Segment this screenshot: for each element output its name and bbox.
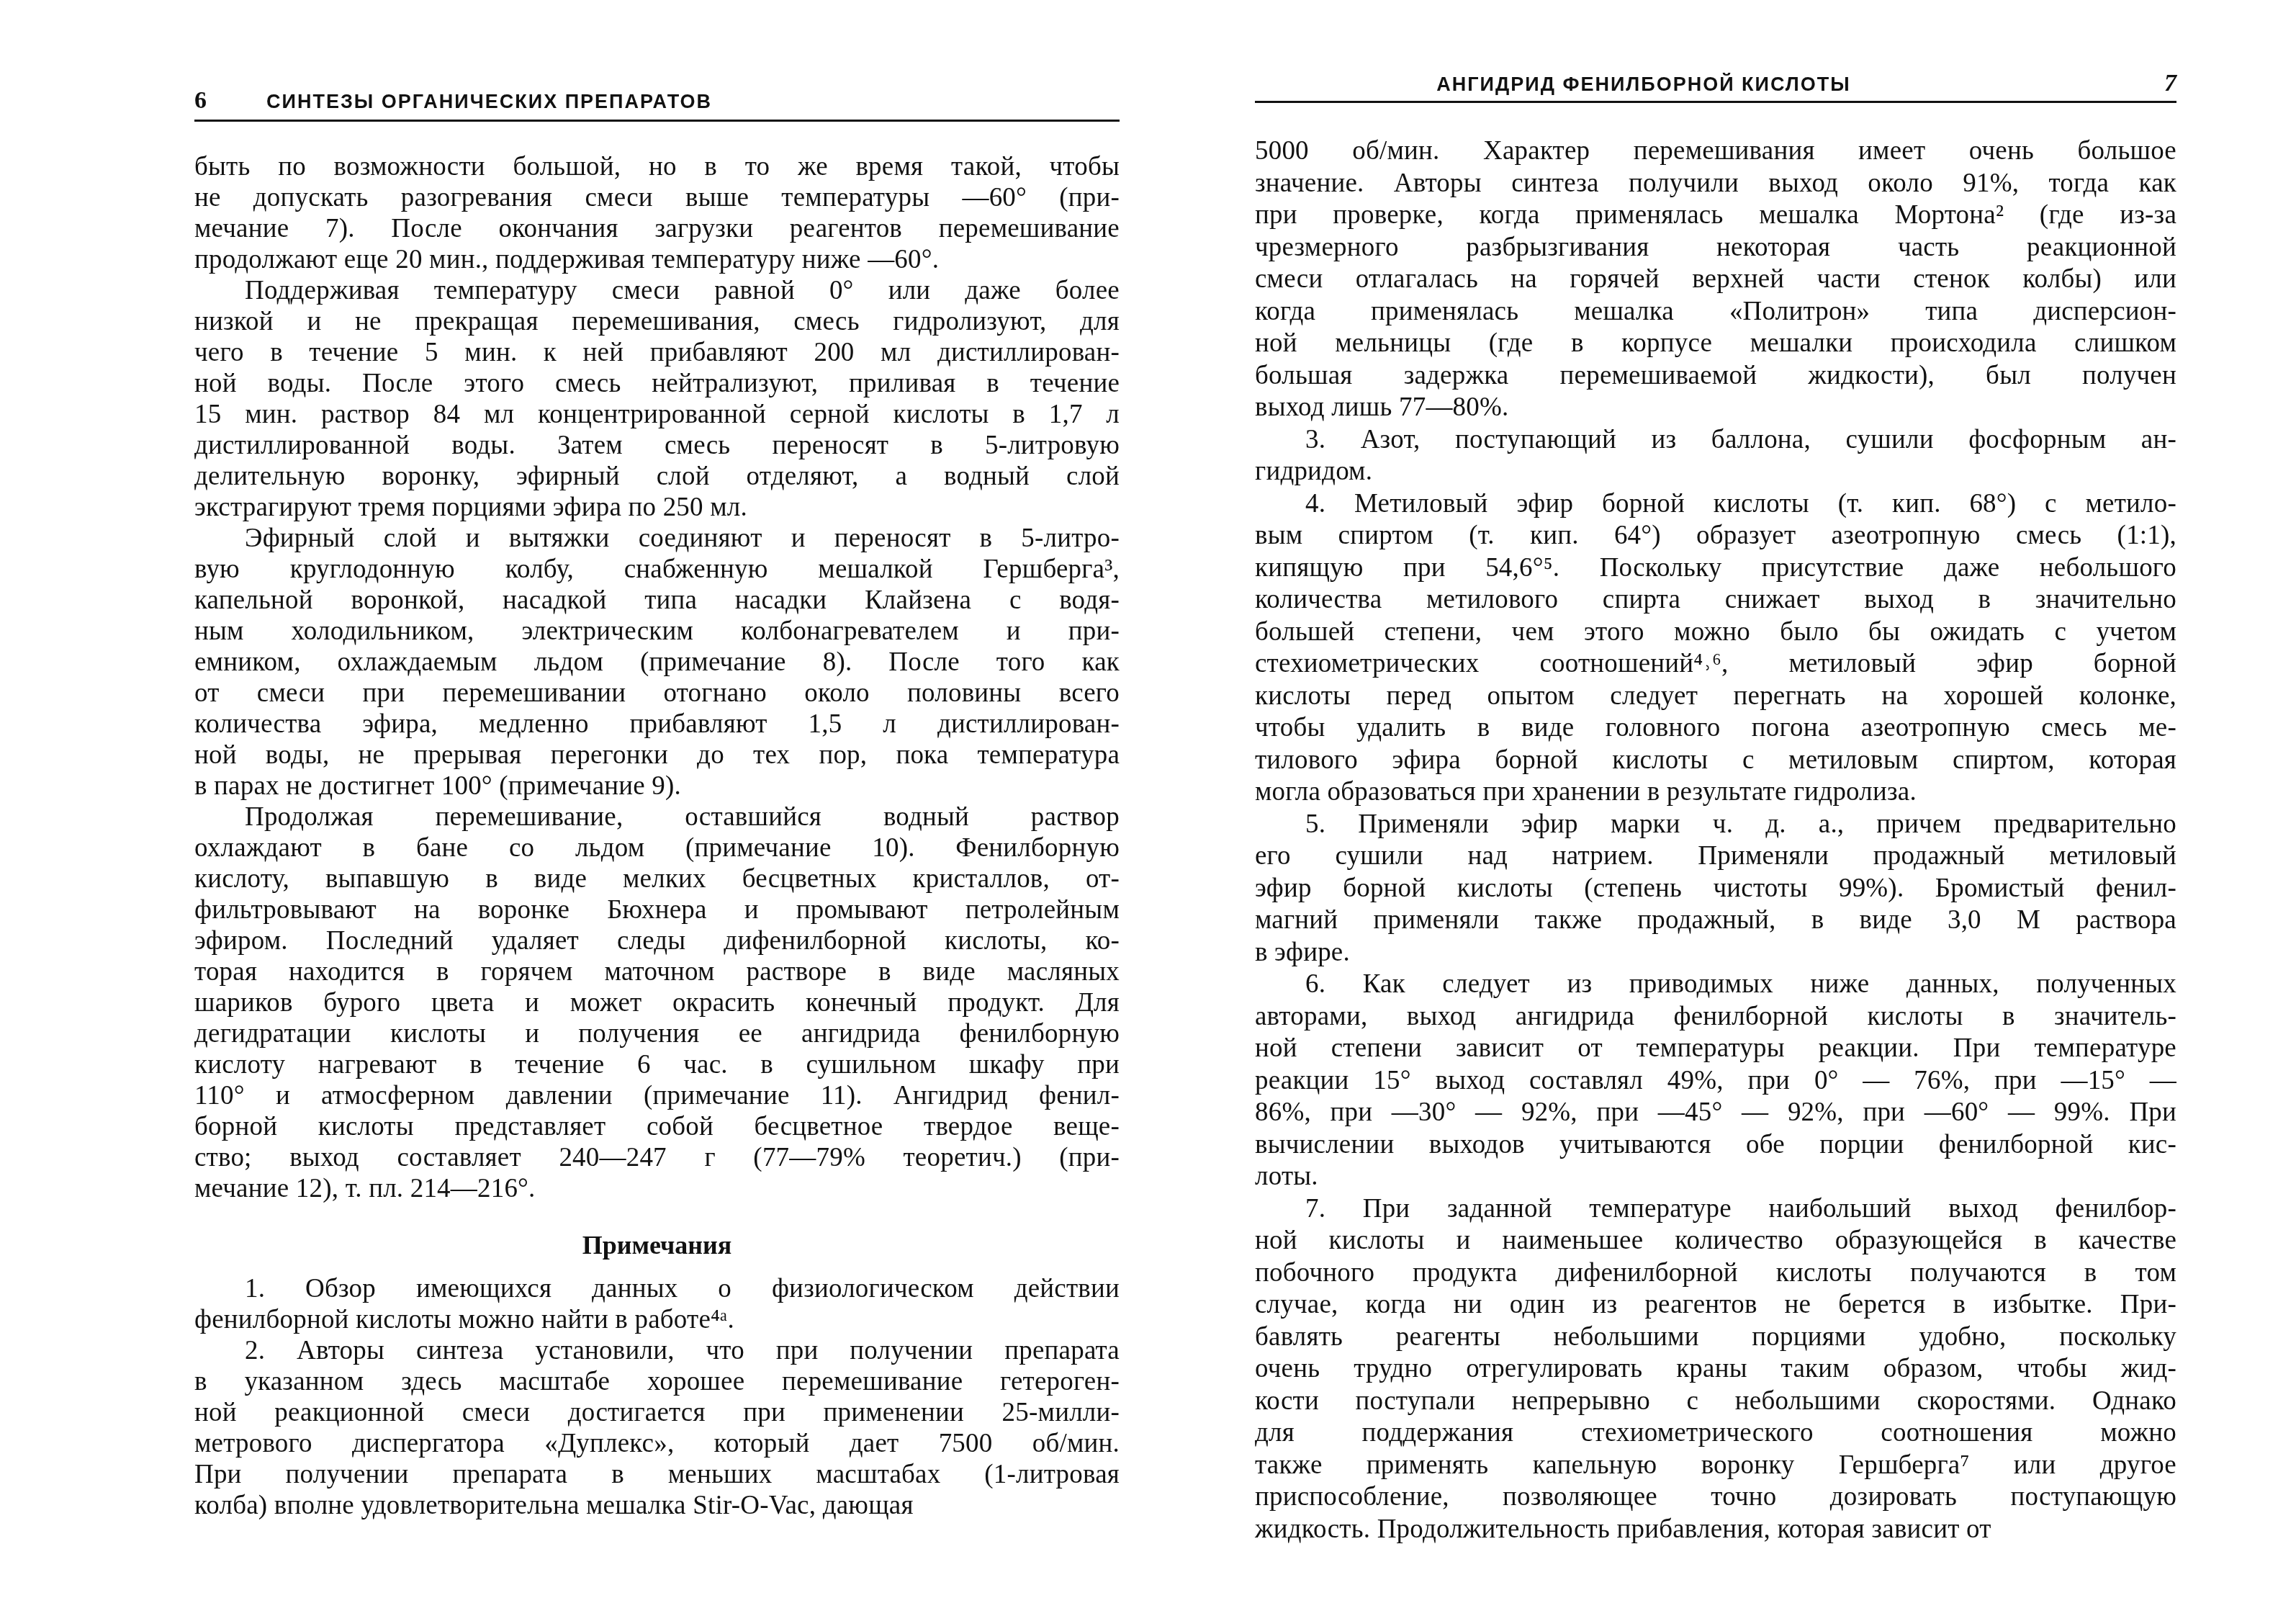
text-line: бавлять реагенты небольшими порциями удо… xyxy=(1255,1321,2176,1354)
paragraph: 3. Азот, поступающий из баллона, сушили … xyxy=(1255,424,2176,488)
text-line: кислоту, выпавшую в виде мелких бесцветн… xyxy=(194,863,1120,894)
text-line: дегидратации кислоты и получения ее анги… xyxy=(194,1018,1120,1049)
text-line: тилового эфира борной кислоты с метиловы… xyxy=(1255,745,2176,777)
text-line: могла образоваться при хранении в резуль… xyxy=(1255,776,2176,809)
text-line: кислоту нагревают в течение 6 час. в суш… xyxy=(194,1049,1120,1080)
text-line: выход лишь 77—80%. xyxy=(1255,392,2176,424)
text-line: ной мельницы (где в корпусе мешалки прои… xyxy=(1255,328,2176,360)
header-rule-right xyxy=(1255,101,2176,103)
right-page-body: 5000 об/мин. Характер перемешивания имее… xyxy=(1255,135,2176,1545)
text-line: побочного продукта дифенилборной кислоты… xyxy=(1255,1257,2176,1290)
text-line: лоты. xyxy=(1255,1161,2176,1193)
left-page-body: быть по возможности большой, но в то же … xyxy=(194,151,1120,1521)
text-line: в эфире. xyxy=(1255,937,2176,969)
text-line: 86%, при —30° — 92%, при —45° — 92%, при… xyxy=(1255,1097,2176,1129)
text-line: также применять капельную воронку Гершбе… xyxy=(1255,1450,2176,1482)
paragraph: 1. Обзор имеющихся данных о физиологичес… xyxy=(194,1273,1120,1335)
text-line: авторами, выход ангидрида фенилборной ки… xyxy=(1255,1001,2176,1033)
paragraph: 7. При заданной температуре наибольший в… xyxy=(1255,1193,2176,1546)
paragraph: Поддерживая температуру смеси равной 0° … xyxy=(194,275,1120,523)
main-text: быть по возможности большой, но в то же … xyxy=(194,151,1120,1204)
text-line: дистиллированной воды. Затем смесь перен… xyxy=(194,430,1120,461)
text-line: 3. Азот, поступающий из баллона, сушили … xyxy=(1255,424,2176,457)
text-line: ной воды, не прерывая перегонки до тех п… xyxy=(194,740,1120,771)
running-head-title-left: СИНТЕЗЫ ОРГАНИЧЕСКИХ ПРЕПАРАТОВ xyxy=(238,91,1033,112)
text-line: от смеси при перемешивании отогнано окол… xyxy=(194,678,1120,709)
running-head-title-right: АНГИДРИД ФЕНИЛБОРНОЙ КИСЛОТЫ xyxy=(1255,73,2032,95)
header-rule-left xyxy=(194,120,1120,122)
text-line: количества метилового спирта снижает вых… xyxy=(1255,584,2176,616)
text-line: 6. Как следует из приводимых ниже данных… xyxy=(1255,969,2176,1001)
text-line: вую круглодонную колбу, снабженную мешал… xyxy=(194,554,1120,585)
paragraph: Продолжая перемешивание, оставшийся водн… xyxy=(194,802,1120,1204)
text-line: колба) вполне удовлетворительна мешалка … xyxy=(194,1490,1120,1521)
notes-heading: Примечания xyxy=(194,1223,1120,1267)
text-line: ным холодильником, электрическим колбона… xyxy=(194,616,1120,647)
text-line: вычислении выходов учитываются обе порци… xyxy=(1255,1129,2176,1162)
page-number-right: 7 xyxy=(2164,71,2176,96)
text-line: мечание 12), т. пл. 214—216°. xyxy=(194,1173,1120,1204)
text-line: большая задержка перемешиваемой жидкости… xyxy=(1255,360,2176,392)
page-number-left: 6 xyxy=(194,88,207,114)
text-line: мечание 7). После окончания загрузки реа… xyxy=(194,213,1120,244)
text-line: кости поступали непрерывно с небольшими … xyxy=(1255,1386,2176,1418)
text-line: торая находится в горячем маточном раств… xyxy=(194,956,1120,987)
text-line: в указанном здесь масштабе хорошее перем… xyxy=(194,1366,1120,1397)
text-line: 1. Обзор имеющихся данных о физиологичес… xyxy=(194,1273,1120,1304)
text-line: при проверке, когда применялась мешалка … xyxy=(1255,199,2176,232)
text-line: низкой и не прекращая перемешивания, сме… xyxy=(194,306,1120,337)
paragraph: быть по возможности большой, но в то же … xyxy=(194,151,1120,275)
text-line: борной кислоты представляет собой бесцве… xyxy=(194,1111,1120,1142)
text-line: Поддерживая температуру смеси равной 0° … xyxy=(194,275,1120,306)
text-line: 5. Применяли эфир марки ч. д. а., причем… xyxy=(1255,809,2176,841)
paragraph: 5000 об/мин. Характер перемешивания имее… xyxy=(1255,135,2176,424)
text-line: значение. Авторы синтеза получили выход … xyxy=(1255,168,2176,200)
text-line: эфир борной кислоты (степень чистоты 99%… xyxy=(1255,873,2176,905)
text-line: в парах не достигнет 100° (примечание 9)… xyxy=(194,771,1120,802)
text-line: большей степени, чем этого можно было бы… xyxy=(1255,616,2176,649)
text-line: случае, когда ни один из реагентов не бе… xyxy=(1255,1289,2176,1321)
text-line: гидридом. xyxy=(1255,456,2176,488)
text-line: не допускать разогревания смеси выше тем… xyxy=(194,182,1120,213)
text-line: ной кислоты и наименьшее количество обра… xyxy=(1255,1225,2176,1257)
text-line: Продолжая перемешивание, оставшийся водн… xyxy=(194,802,1120,832)
text-line: продолжают еще 20 мин., поддерживая темп… xyxy=(194,244,1120,275)
paragraph: Эфирный слой и вытяжки соединяют и перен… xyxy=(194,523,1120,802)
text-line: При получении препарата в меньших масшта… xyxy=(194,1459,1120,1490)
running-head-left: 6 СИНТЕЗЫ ОРГАНИЧЕСКИХ ПРЕПАРАТОВ xyxy=(194,88,1120,117)
text-line: кислоты перед опытом следует перегнать н… xyxy=(1255,681,2176,713)
text-line: экстрагируют тремя порциями эфира по 250… xyxy=(194,492,1120,523)
text-line: его сушили над натрием. Применяли продаж… xyxy=(1255,840,2176,873)
text-line: чего в течение 5 мин. к ней прибавляют 2… xyxy=(194,337,1120,368)
text-line: ной реакционной смеси достигается при пр… xyxy=(194,1397,1120,1428)
paragraph: 4. Метиловый эфир борной кислоты (т. кип… xyxy=(1255,488,2176,809)
text-line: для поддержания стехиометрического соотн… xyxy=(1255,1417,2176,1450)
text-line: 2. Авторы синтеза установили, что при по… xyxy=(194,1335,1120,1366)
text-line: 110° и атмосферном давлении (примечание … xyxy=(194,1080,1120,1111)
text-line: ство; выход составляет 240—247 г (77—79%… xyxy=(194,1142,1120,1173)
paragraph: 2. Авторы синтеза установили, что при по… xyxy=(194,1335,1120,1521)
text-line: 4. Метиловый эфир борной кислоты (т. кип… xyxy=(1255,488,2176,521)
text-line: магний применяли также продажный, в виде… xyxy=(1255,904,2176,937)
text-line: кипящую при 54,6°⁵. Поскольку присутстви… xyxy=(1255,552,2176,585)
text-line: вым спиртом (т. кип. 64°) образует азеот… xyxy=(1255,520,2176,552)
text-line: метрового диспергатора «Дуплекс», которы… xyxy=(194,1428,1120,1459)
text-line: фенилборной кислоты можно найти в работе… xyxy=(194,1304,1120,1335)
text-line: фильтровывают на воронке Бюхнера и промы… xyxy=(194,894,1120,925)
text-line: реакции 15° выход составлял 49%, при 0° … xyxy=(1255,1065,2176,1097)
running-head-right: АНГИДРИД ФЕНИЛБОРНОЙ КИСЛОТЫ 7 xyxy=(1255,71,2176,99)
notes-list: 1. Обзор имеющихся данных о физиологичес… xyxy=(194,1273,1120,1521)
text-line: емником, охлаждаемым льдом (примечание 8… xyxy=(194,647,1120,678)
text-line: чтобы удалить в виде головного погона аз… xyxy=(1255,712,2176,745)
text-line: очень трудно отрегулировать краны таким … xyxy=(1255,1353,2176,1386)
text-line: стехиометрических соотношений⁴˒⁶, метило… xyxy=(1255,648,2176,681)
text-line: быть по возможности большой, но в то же … xyxy=(194,151,1120,182)
text-line: охлаждают в бане со льдом (примечание 10… xyxy=(194,832,1120,863)
text-line: количества эфира, медленно прибавляют 1,… xyxy=(194,709,1120,740)
paragraph: 5. Применяли эфир марки ч. д. а., причем… xyxy=(1255,809,2176,969)
text-line: 7. При заданной температуре наибольший в… xyxy=(1255,1193,2176,1226)
text-line: смеси отлагалась на горячей верхней част… xyxy=(1255,264,2176,296)
text-line: ной степени зависит от температуры реакц… xyxy=(1255,1033,2176,1065)
notes-continued: 5000 об/мин. Характер перемешивания имее… xyxy=(1255,135,2176,1545)
text-line: 5000 об/мин. Характер перемешивания имее… xyxy=(1255,135,2176,168)
text-line: капельной воронкой, насадкой типа насадк… xyxy=(194,585,1120,616)
text-line: 15 мин. раствор 84 мл концентрированной … xyxy=(194,399,1120,430)
text-line: Эфирный слой и вытяжки соединяют и перен… xyxy=(194,523,1120,554)
text-line: делительную воронку, эфирный слой отделя… xyxy=(194,461,1120,492)
paragraph: 6. Как следует из приводимых ниже данных… xyxy=(1255,969,2176,1193)
text-line: чрезмерного разбрызгивания некоторая час… xyxy=(1255,232,2176,264)
text-line: эфиром. Последний удаляет следы дифенилб… xyxy=(194,925,1120,956)
text-line: ной воды. После этого смесь нейтрализуют… xyxy=(194,368,1120,399)
text-line: шариков бурого цвета и может окрасить ко… xyxy=(194,987,1120,1018)
text-line: когда применялась мешалка «Политрон» тип… xyxy=(1255,296,2176,328)
text-line: жидкость. Продолжительность прибавления,… xyxy=(1255,1514,2176,1546)
text-line: приспособление, позволяющее точно дозиро… xyxy=(1255,1481,2176,1514)
